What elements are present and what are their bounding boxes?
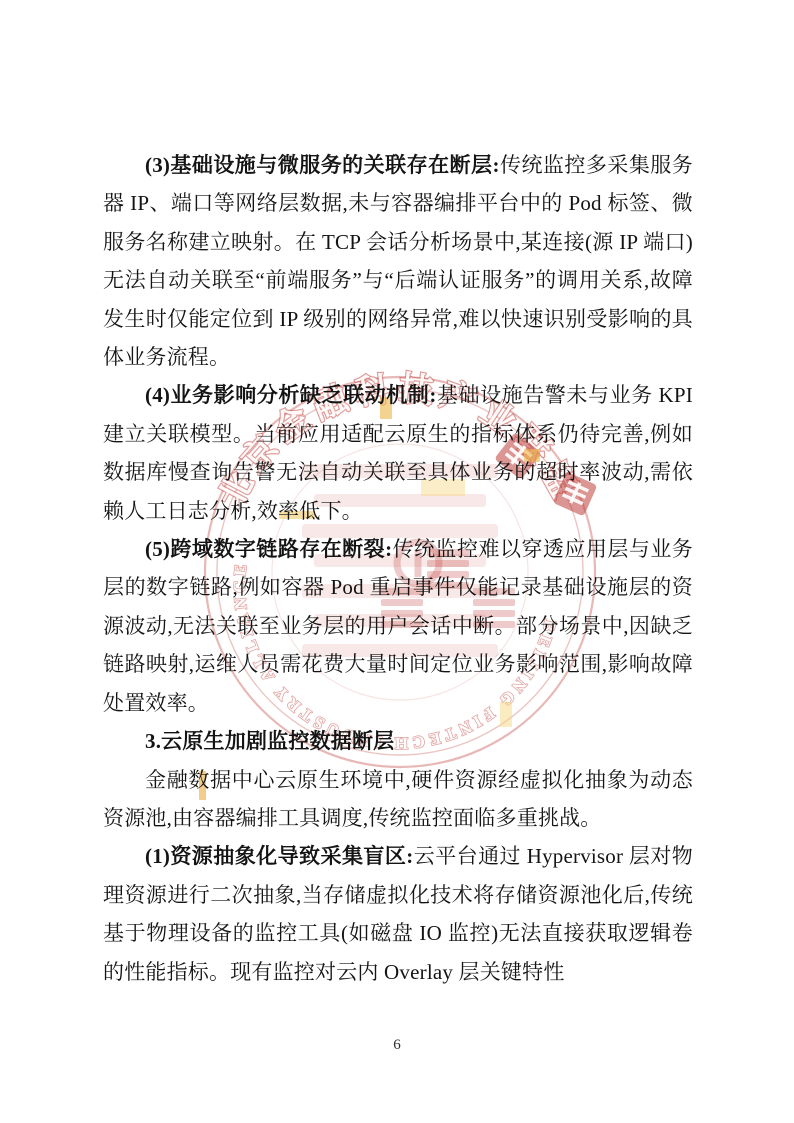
- paragraph: (3)基础设施与微服务的关联存在断层:传统监控多采集服务器 IP、端口等网络层数…: [103, 146, 693, 376]
- paragraph-lead: (1)资源抽象化导致采集盲区:: [145, 844, 414, 868]
- paragraph-text: 金融数据中心云原生环境中,硬件资源经虚拟化抽象为动态资源池,由容器编排工具调度,…: [103, 768, 693, 830]
- page-number: 6: [0, 1037, 794, 1054]
- paragraph: 3.云原生加剧监控数据断层: [103, 722, 693, 760]
- paragraph: (5)跨域数字链路存在断裂:传统监控难以穿透应用层与业务层的数字链路,例如容器 …: [103, 530, 693, 722]
- paragraph: (1)资源抽象化导致采集盲区:云平台通过 Hypervisor 层对物理资源进行…: [103, 837, 693, 991]
- paragraph-text: 传统监控多采集服务器 IP、端口等网络层数据,未与容器编排平台中的 Pod 标签…: [103, 153, 693, 369]
- paragraph: (4)业务影响分析缺乏联动机制:基础设施告警未与业务 KPI 建立关联模型。当前…: [103, 376, 693, 530]
- paragraph-text: 传统监控难以穿透应用层与业务层的数字链路,例如容器 Pod 重启事件仅能记录基础…: [103, 537, 693, 715]
- paragraph-lead: 3.云原生加剧监控数据断层: [145, 729, 394, 753]
- paragraph-lead: (5)跨域数字链路存在断裂:: [145, 537, 392, 561]
- paragraph-lead: (4)业务影响分析缺乏联动机制:: [145, 383, 437, 407]
- paragraph-lead: (3)基础设施与微服务的关联存在断层:: [145, 153, 500, 177]
- document-body: (3)基础设施与微服务的关联存在断层:传统监控多采集服务器 IP、端口等网络层数…: [103, 146, 693, 991]
- paragraph: 金融数据中心云原生环境中,硬件资源经虚拟化抽象为动态资源池,由容器编排工具调度,…: [103, 761, 693, 838]
- document-page: 北京金融科技产业联盟 BEIJING FINTECH INDUSTRY ALLI…: [0, 0, 794, 1123]
